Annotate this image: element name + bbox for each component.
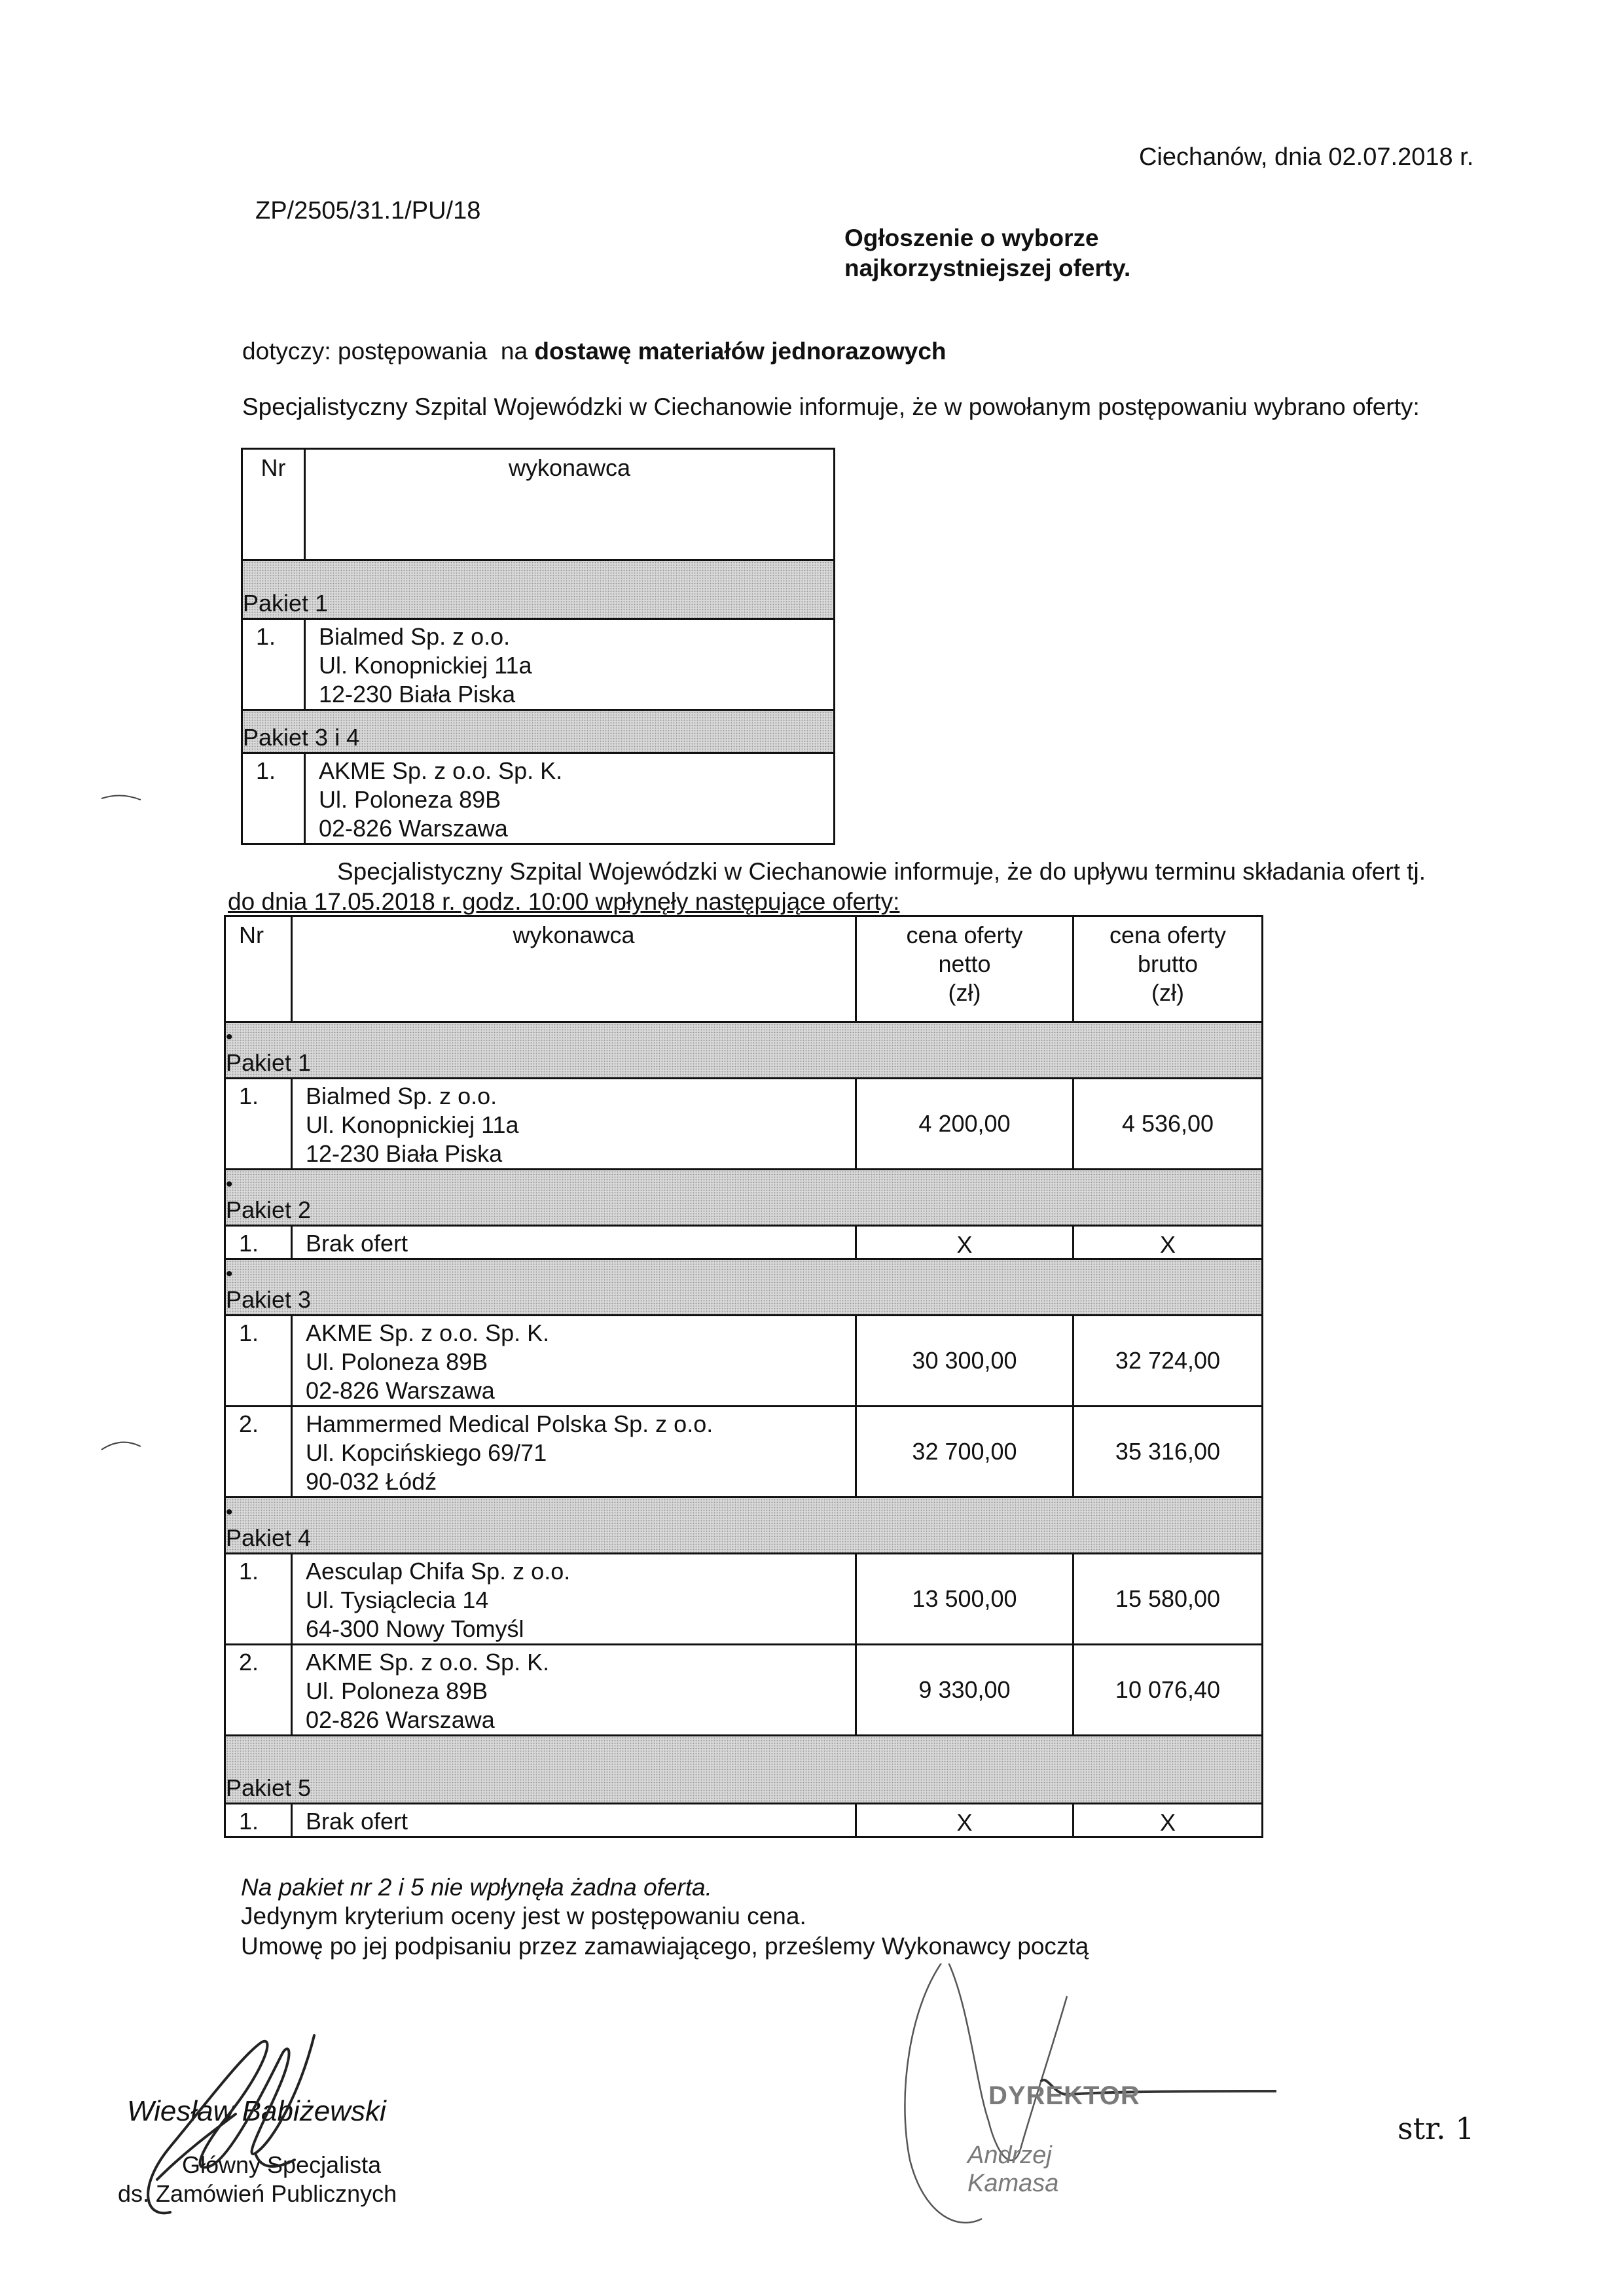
vendor-line: 64-300 Nowy Tomyśl <box>306 1615 855 1643</box>
gross-price: 4 536,00 <box>1074 1079 1263 1170</box>
package-label-cell: Pakiet 5 <box>225 1736 1263 1804</box>
net-price: 9 330,00 <box>856 1645 1074 1736</box>
vendor-line: AKME Sp. z o.o. Sp. K. <box>306 1648 855 1677</box>
gross-price: X <box>1074 1804 1263 1837</box>
note-no-offers: Na pakiet nr 2 i 5 nie wpłynęła żadna of… <box>241 1873 712 1902</box>
header-line: (zł) <box>857 978 1072 1007</box>
vendor-line: Ul. Kopcińskiego 69/71 <box>306 1439 855 1467</box>
intro-received-line1: Specjalistyczny Szpital Wojewódzki w Cie… <box>337 857 1426 886</box>
net-price: 13 500,00 <box>856 1554 1074 1645</box>
header-line: cena oferty <box>1074 921 1261 950</box>
row-number: 2. <box>225 1407 292 1498</box>
table-row: 1.Bialmed Sp. z o.o.Ul. Konopnickiej 11a… <box>242 619 835 710</box>
vendor-line: Ul. Konopnickiej 11a <box>319 651 833 680</box>
table-header-row: Nrwykonawca <box>242 449 835 560</box>
subject-bold: dostawę materiałów jednorazowych <box>534 338 946 365</box>
package-row: •Pakiet 2 <box>225 1170 1263 1226</box>
document-title-line2: najkorzystniejszej oferty. <box>844 254 1130 283</box>
vendor-cell: Hammermed Medical Polska Sp. z o.o.Ul. K… <box>292 1407 856 1498</box>
vendor-line: Bialmed Sp. z o.o. <box>319 622 833 651</box>
gross-price: 15 580,00 <box>1074 1554 1263 1645</box>
scan-mark-icon <box>98 1433 144 1453</box>
vendor-line: Ul. Poloneza 89B <box>319 785 833 814</box>
scan-mark-icon <box>98 785 144 805</box>
row-number: 1. <box>242 753 305 844</box>
net-price: 30 300,00 <box>856 1316 1074 1407</box>
vendor-line: AKME Sp. z o.o. Sp. K. <box>319 757 833 785</box>
vendor-line: Bialmed Sp. z o.o. <box>306 1082 855 1111</box>
gross-price: X <box>1074 1226 1263 1259</box>
table-row: 2.AKME Sp. z o.o. Sp. K.Ul. Poloneza 89B… <box>225 1645 1263 1736</box>
package-row: •Pakiet 1 <box>225 1022 1263 1079</box>
vendor-line: Aesculap Chifa Sp. z o.o. <box>306 1557 855 1586</box>
header-line: (zł) <box>1074 978 1261 1007</box>
table-row: 1.AKME Sp. z o.o. Sp. K.Ul. Poloneza 89B… <box>225 1316 1263 1407</box>
package-label-cell: •Pakiet 4 <box>225 1498 1263 1554</box>
package-row: Pakiet 3 i 4 <box>242 710 835 753</box>
package-label-cell: •Pakiet 1 <box>225 1022 1263 1079</box>
gross-price: 32 724,00 <box>1074 1316 1263 1407</box>
bullet-icon: • <box>226 1501 1261 1524</box>
vendor-line: AKME Sp. z o.o. Sp. K. <box>306 1319 855 1348</box>
row-number: 1. <box>225 1226 292 1259</box>
header-vendor: wykonawca <box>305 449 835 560</box>
note-contract: Umowę po jej podpisaniu przez zamawiając… <box>241 1932 1089 1961</box>
net-price: X <box>856 1804 1074 1837</box>
row-number: 1. <box>242 619 305 710</box>
net-price: 4 200,00 <box>856 1079 1074 1170</box>
package-label: Pakiet 3 i 4 <box>242 710 835 753</box>
net-price: X <box>856 1226 1074 1259</box>
package-label: Pakiet 3 <box>226 1286 311 1313</box>
vendor-line: Ul. Tysiąclecia 14 <box>306 1586 855 1615</box>
vendor-line: Brak ofert <box>306 1229 855 1258</box>
vendor-line: Ul. Konopnickiej 11a <box>306 1111 855 1139</box>
document-title-line1: Ogłoszenie o wyborze <box>844 224 1099 253</box>
vendor-cell: Bialmed Sp. z o.o.Ul. Konopnickiej 11a12… <box>305 619 835 710</box>
place-date: Ciechanów, dnia 02.07.2018 r. <box>1139 143 1473 171</box>
row-number: 1. <box>225 1079 292 1170</box>
subject-prefix: dotyczy: postępowania na <box>242 338 534 365</box>
handwritten-signature-left-icon <box>131 2016 340 2225</box>
subject-line: dotyczy: postępowania na dostawę materia… <box>242 337 947 366</box>
gross-price: 10 076,40 <box>1074 1645 1263 1736</box>
header-gross-price: cena ofertybrutto(zł) <box>1074 916 1263 1022</box>
stamp-title: DYREKTOR <box>988 2081 1140 2111</box>
handwritten-signature-right-icon <box>884 1964 1407 2238</box>
header-line: netto <box>857 950 1072 978</box>
header-net-price: cena ofertynetto(zł) <box>856 916 1074 1022</box>
row-number: 1. <box>225 1804 292 1837</box>
vendor-line: Ul. Poloneza 89B <box>306 1348 855 1376</box>
vendor-cell: AKME Sp. z o.o. Sp. K.Ul. Poloneza 89B02… <box>292 1316 856 1407</box>
package-label: Pakiet 2 <box>226 1196 311 1223</box>
page-number: str. 1 <box>1398 2111 1475 2146</box>
vendor-cell: AKME Sp. z o.o. Sp. K.Ul. Poloneza 89B02… <box>305 753 835 844</box>
table-row: 1.AKME Sp. z o.o. Sp. K.Ul. Poloneza 89B… <box>242 753 835 844</box>
table-header-row: Nrwykonawcacena ofertynetto(zł)cena ofer… <box>225 916 1263 1022</box>
intro-received-line2: do dnia 17.05.2018 r. godz. 10:00 wpłynę… <box>228 888 899 916</box>
vendor-line: 12-230 Biała Piska <box>306 1139 855 1168</box>
vendor-line: Hammermed Medical Polska Sp. z o.o. <box>306 1410 855 1439</box>
package-label-cell: •Pakiet 3 <box>225 1259 1263 1316</box>
vendor-line: Brak ofert <box>306 1807 855 1836</box>
header-nr: Nr <box>225 916 292 1022</box>
offers-table: Nrwykonawcacena ofertynetto(zł)cena ofer… <box>224 915 1263 1838</box>
row-number: 1. <box>225 1316 292 1407</box>
vendor-line: 02-826 Warszawa <box>319 814 833 843</box>
table-row: 1.Aesculap Chifa Sp. z o.o.Ul. Tysiąclec… <box>225 1554 1263 1645</box>
table-row: 1.Brak ofertXX <box>225 1226 1263 1259</box>
package-row: Pakiet 5 <box>225 1736 1263 1804</box>
package-row: •Pakiet 3 <box>225 1259 1263 1316</box>
package-row: •Pakiet 4 <box>225 1498 1263 1554</box>
header-line: cena oferty <box>857 921 1072 950</box>
intro-selected: Specjalistyczny Szpital Wojewódzki w Cie… <box>242 393 1420 422</box>
package-label: Pakiet 5 <box>226 1774 311 1801</box>
net-price: 32 700,00 <box>856 1407 1074 1498</box>
vendor-line: Ul. Poloneza 89B <box>306 1677 855 1706</box>
header-nr: Nr <box>242 449 305 560</box>
selected-offers-table: NrwykonawcaPakiet 11.Bialmed Sp. z o.o.U… <box>241 448 835 845</box>
vendor-cell: Aesculap Chifa Sp. z o.o.Ul. Tysiąclecia… <box>292 1554 856 1645</box>
table-row: 1.Bialmed Sp. z o.o.Ul. Konopnickiej 11a… <box>225 1079 1263 1170</box>
note-criterion: Jedynym kryterium oceny jest w postępowa… <box>241 1902 806 1931</box>
package-label: Pakiet 1 <box>226 1049 311 1076</box>
package-row: Pakiet 1 <box>242 560 835 619</box>
header-line: brutto <box>1074 950 1261 978</box>
package-label: Pakiet 4 <box>226 1524 311 1551</box>
gross-price: 35 316,00 <box>1074 1407 1263 1498</box>
vendor-line: 12-230 Biała Piska <box>319 680 833 709</box>
bullet-icon: • <box>226 1263 1261 1285</box>
vendor-cell: Brak ofert <box>292 1804 856 1837</box>
vendor-cell: Bialmed Sp. z o.o.Ul. Konopnickiej 11a12… <box>292 1079 856 1170</box>
package-label: Pakiet 1 <box>242 560 835 619</box>
vendor-cell: Brak ofert <box>292 1226 856 1259</box>
stamp-name: Andrzej Kamasa <box>967 2142 1058 2198</box>
package-label-cell: •Pakiet 2 <box>225 1170 1263 1226</box>
header-vendor: wykonawca <box>292 916 856 1022</box>
vendor-line: 02-826 Warszawa <box>306 1706 855 1734</box>
vendor-line: 90-032 Łódź <box>306 1467 855 1496</box>
table-row: 2.Hammermed Medical Polska Sp. z o.o.Ul.… <box>225 1407 1263 1498</box>
bullet-icon: • <box>226 1174 1261 1196</box>
vendor-cell: AKME Sp. z o.o. Sp. K.Ul. Poloneza 89B02… <box>292 1645 856 1736</box>
vendor-line: 02-826 Warszawa <box>306 1376 855 1405</box>
bullet-icon: • <box>226 1026 1261 1049</box>
row-number: 2. <box>225 1645 292 1736</box>
row-number: 1. <box>225 1554 292 1645</box>
table-row: 1.Brak ofertXX <box>225 1804 1263 1837</box>
reference-number: ZP/2505/31.1/PU/18 <box>255 196 480 225</box>
